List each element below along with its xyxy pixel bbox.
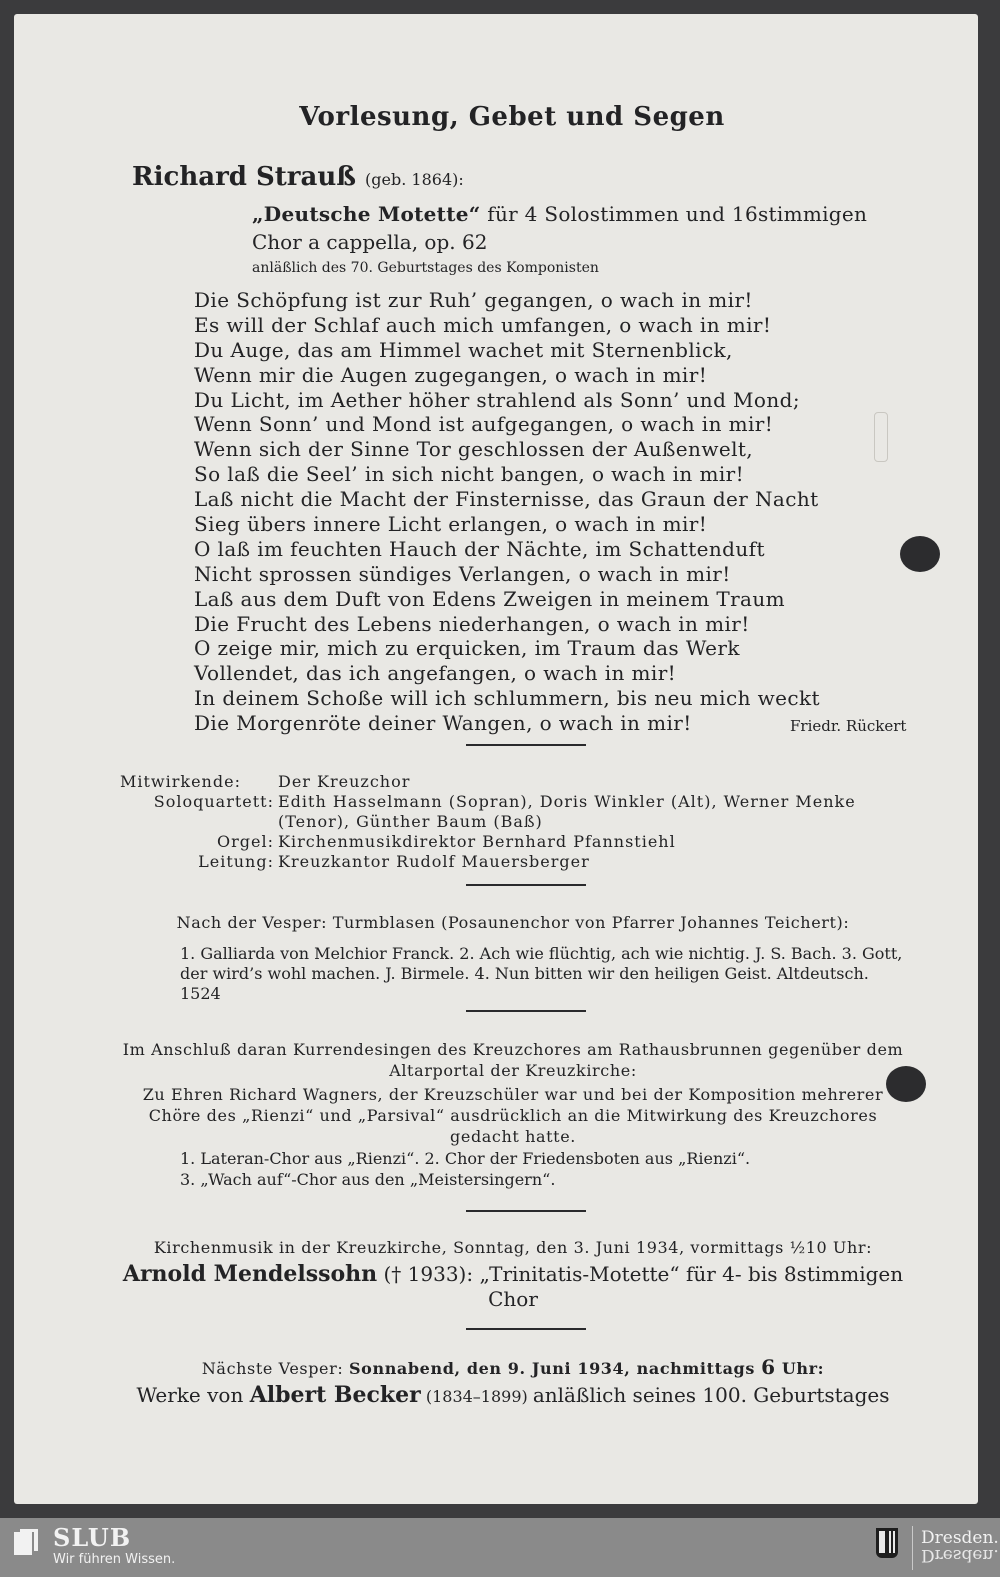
credit-value: Der Kreuzchor (278, 772, 908, 792)
kirchenmusik-composer: Arnold Mendelssohn (123, 1261, 377, 1287)
work-name: „Deutsche Motette“ (252, 202, 481, 226)
punch-hole (900, 536, 940, 572)
kurrende-heading: Im Anschluß daran Kurrendesingen des Kre… (120, 1039, 906, 1081)
next-occasion: anläßlich seines 100. Geburtstages (533, 1383, 890, 1407)
credit-label: Mitwirkende: (120, 772, 278, 792)
slub-logo-text: SLUB (53, 1523, 131, 1552)
divider (466, 744, 586, 746)
poem-line: Du Licht, im Aether höher strahlend als … (194, 388, 820, 413)
next-vesper-hour: 6 (761, 1355, 776, 1379)
divider (466, 1328, 586, 1330)
next-vesper-uhr: Uhr: (776, 1359, 825, 1378)
punch-hole (886, 1066, 926, 1102)
credit-label: Leitung: (120, 852, 278, 872)
poem-line: Sieg übers innere Licht erlangen, o wach… (194, 512, 820, 537)
kirchenmusik-heading: Kirchenmusik in der Kreuzkirche, Sonntag… (120, 1237, 906, 1258)
credits: Mitwirkende: Der Kreuzchor Soloquartett:… (120, 772, 908, 872)
slub-book-icon (14, 1529, 40, 1555)
credit-row: Mitwirkende: Der Kreuzchor (120, 772, 908, 792)
next-composer: Albert Becker (250, 1382, 421, 1408)
divider (466, 1210, 586, 1212)
divider (466, 884, 586, 886)
credit-row: Leitung: Kreuzkantor Rudolf Mauersberger (120, 852, 908, 872)
poem-line: O zeige mir, mich zu erquicken, im Traum… (194, 636, 820, 661)
paper-mark (874, 412, 888, 462)
next-vesper-label: Nächste Vesper: (202, 1359, 349, 1378)
composer-born: (geb. 1864): (365, 170, 464, 189)
after-vesper-items: 1. Galliarda von Melchior Franck. 2. Ach… (180, 944, 906, 1004)
credit-row: Orgel: Kirchenmusikdirektor Bernhard Pfa… (120, 832, 908, 852)
poem-line: In deinem Schoße will ich schlummern, bi… (194, 686, 820, 711)
credit-label: Soloquartett: (120, 792, 278, 832)
work-desc: für 4 Solostimmen und 16stimmigen (481, 202, 868, 226)
poem-text: Die Schöpfung ist zur Ruh’ gegangen, o w… (194, 288, 820, 736)
work-title-line: „Deutsche Motette“ für 4 Solostimmen und… (252, 202, 867, 226)
poem-line: Die Frucht des Lebens niederhangen, o wa… (194, 612, 820, 637)
credit-label: Orgel: (120, 832, 278, 852)
next-vesper-date: Sonnabend, den 9. Juni 1934, nachmittags (349, 1359, 761, 1378)
credit-row: Soloquartett: Edith Hasselmann (Sopran),… (120, 792, 908, 832)
kirchenmusik-work: Arnold Mendelssohn († 1933): „Trinitatis… (120, 1262, 906, 1312)
poem-line: Die Schöpfung ist zur Ruh’ gegangen, o w… (194, 288, 820, 313)
poem-author: Friedr. Rückert (790, 717, 906, 735)
credit-value: Kreuzkantor Rudolf Mauersberger (278, 852, 908, 872)
dresden-crest-icon (876, 1528, 898, 1558)
next-vesper-works: Werke von Albert Becker (1834–1899) anlä… (120, 1382, 906, 1408)
slub-tagline: Wir führen Wissen. (53, 1552, 175, 1567)
poem-line: Wenn sich der Sinne Tor geschlossen der … (194, 437, 820, 462)
kirchenmusik-desc: († 1933): „Trinitatis-Motette“ für 4- bi… (377, 1262, 903, 1311)
next-vesper-heading: Nächste Vesper: Sonnabend, den 9. Juni 1… (120, 1357, 906, 1379)
poem-line: O laß im feuchten Hauch der Nächte, im S… (194, 537, 820, 562)
poem-line: Laß aus dem Duft von Edens Zweigen in me… (194, 587, 820, 612)
kurrende-items-1: 1. Lateran-Chor aus „Rienzi“. 2. Chor de… (180, 1149, 906, 1169)
work-occasion: anläßlich des 70. Geburtstages des Kompo… (252, 260, 599, 276)
poem-line: So laß die Seel’ in sich nicht bangen, o… (194, 462, 820, 487)
next-composer-years: (1834–1899) (421, 1387, 533, 1406)
composer-heading: Richard Strauß (geb. 1864): (132, 162, 464, 192)
poem-line: Die Morgenröte deiner Wangen, o wach in … (194, 711, 820, 736)
poem-line: Wenn mir die Augen zugegangen, o wach in… (194, 363, 820, 388)
dresden-logo-reflection: Dresden. (921, 1545, 999, 1565)
poem-line: Laß nicht die Macht der Finsternisse, da… (194, 487, 820, 512)
kurrende-items-2: 3. „Wach auf“-Chor aus den „Meistersinge… (180, 1170, 906, 1190)
divider (466, 1010, 586, 1012)
poem-line: Es will der Schlaf auch mich umfangen, o… (194, 313, 820, 338)
poem-line: Nicht sprossen sündiges Verlangen, o wac… (194, 562, 820, 587)
kurrende-text: Zu Ehren Richard Wagners, der Kreuzschül… (120, 1084, 906, 1147)
after-vesper-heading: Nach der Vesper: Turmblasen (Posaunencho… (120, 912, 906, 933)
poem-line: Du Auge, das am Himmel wachet mit Sterne… (194, 338, 820, 363)
composer-name: Richard Strauß (132, 162, 356, 192)
poem-line: Wenn Sonn’ und Mond ist aufgegangen, o w… (194, 412, 820, 437)
footer-bar: SLUB Wir führen Wissen. Dresden. Dresden… (0, 1518, 1000, 1577)
footer-separator (912, 1526, 913, 1570)
works-prefix: Werke von (136, 1383, 249, 1407)
work-scoring: Chor a cappella, op. 62 (252, 230, 487, 254)
page-title: Vorlesung, Gebet und Segen (0, 102, 1000, 132)
credit-value: Kirchenmusikdirektor Bernhard Pfannstieh… (278, 832, 908, 852)
credit-value: Edith Hasselmann (Sopran), Doris Winkler… (278, 792, 908, 832)
poem-line: Vollendet, das ich angefangen, o wach in… (194, 661, 820, 686)
scanned-page: Vorlesung, Gebet und Segen Richard Strau… (14, 14, 978, 1504)
